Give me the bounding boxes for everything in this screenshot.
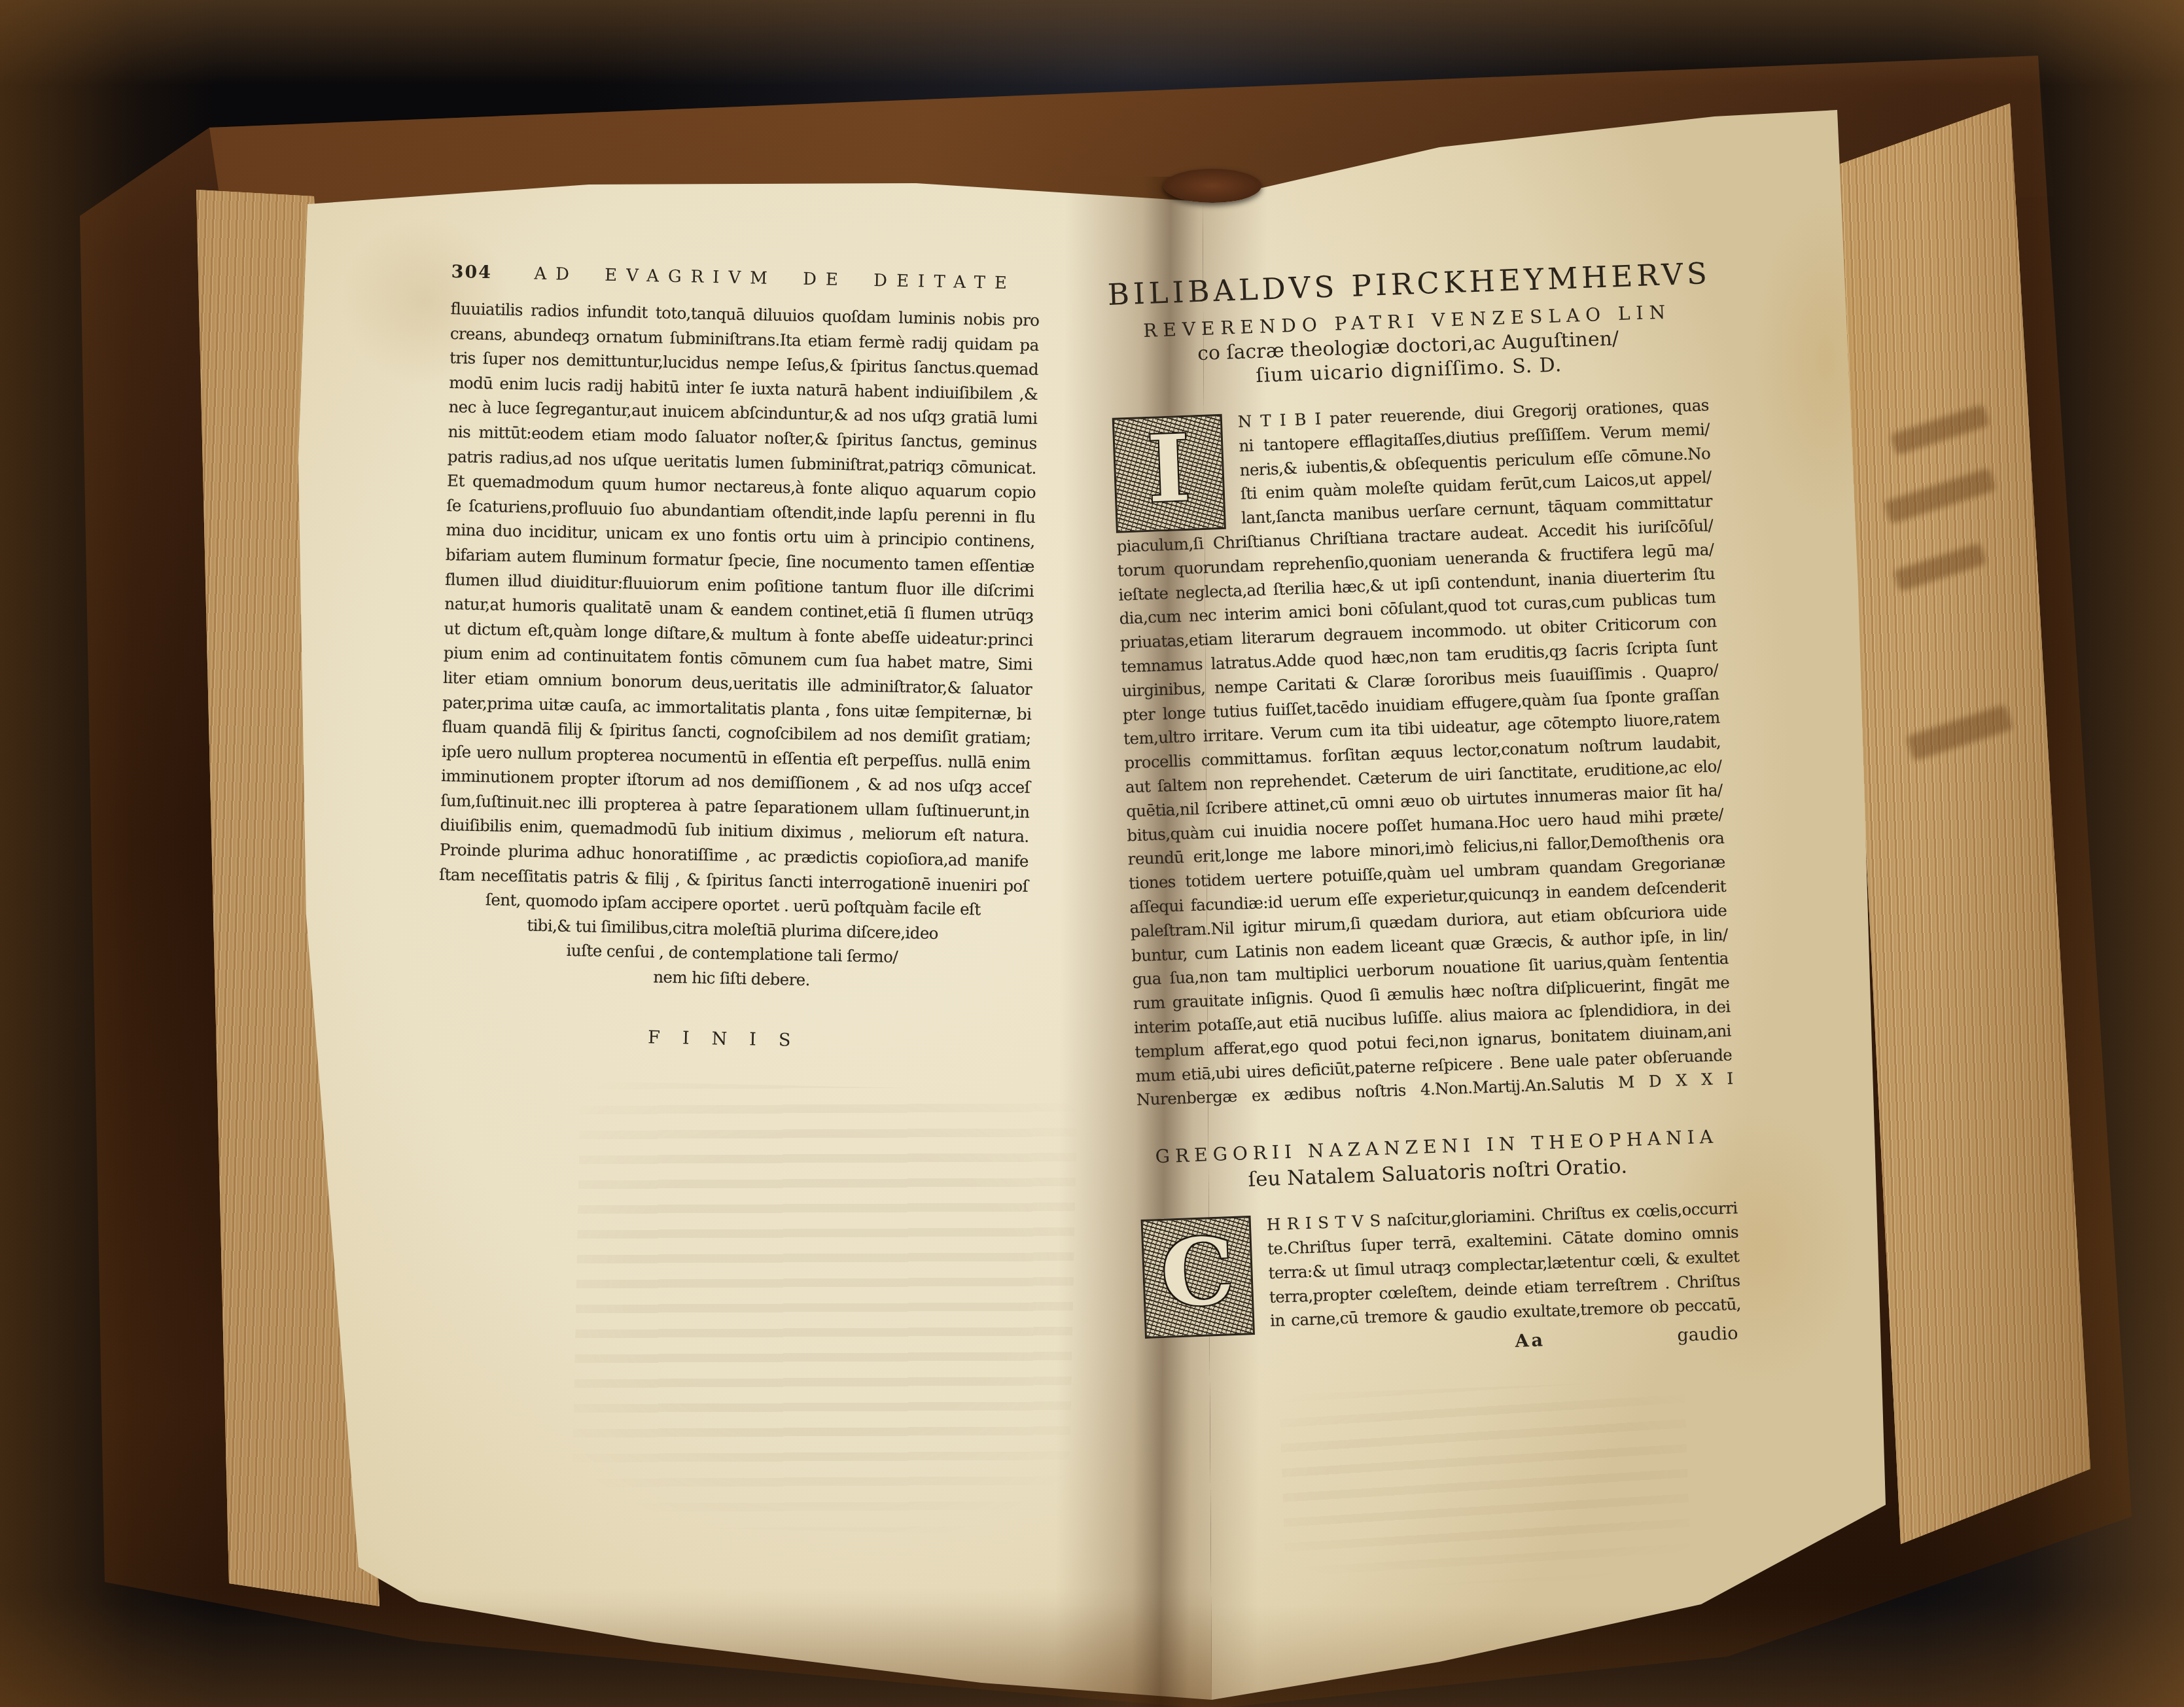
- woodcut-initial-I: I: [1112, 414, 1226, 533]
- catchword: gaudio: [1677, 1321, 1738, 1349]
- epistle-paragraph: I N T I B I pater reuerende, diui Gregor…: [1112, 393, 1734, 1112]
- page-number: 304: [451, 262, 510, 283]
- headband: [1163, 169, 1261, 203]
- gathering-signature: Aa: [1515, 1328, 1546, 1355]
- oration-paragraph: C H R I S T V S naſcitur,gloriamini. Chr…: [1140, 1197, 1741, 1338]
- woodcut-initial-C: C: [1141, 1216, 1255, 1339]
- initial-letter: C: [1143, 1218, 1253, 1329]
- initial-letter: I: [1114, 414, 1224, 525]
- photograph-of-open-book: 304 AD EVAGRIVM DE DEITATE fluuiatilis r…: [0, 0, 2184, 1707]
- left-page-text: 304 AD EVAGRIVM DE DEITATE fluuiatilis r…: [436, 262, 1040, 1055]
- right-page-text: BILIBALDVS PIRCKHEYMHERVS REVERENDO PATR…: [1107, 256, 1742, 1368]
- left-page-body: fluuiatilis radios infundit toto,tanquā …: [437, 296, 1040, 996]
